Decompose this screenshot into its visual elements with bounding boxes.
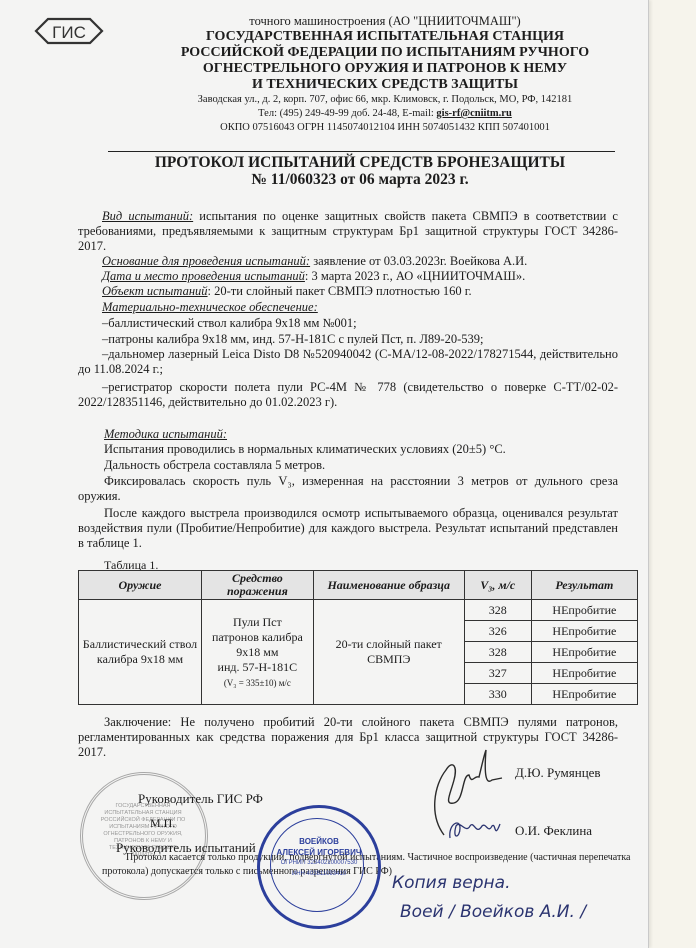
value: заявление от 03.03.2023г. Воейкова А.И. [310,254,527,268]
equipment-item: –дальномер лазерный Leica Disto D8 №5209… [78,347,618,377]
ammo-line: 9х18 мм [204,645,311,660]
weapon-cell: Баллистический ствол калибра 9х18 мм [79,600,202,705]
address: Заводская ул., д. 2, корп. 707, офис 66,… [150,93,620,107]
method-line: После каждого выстрела производился осмо… [78,506,618,551]
parent-org: точного машиностроения (АО "ЦНИИТОЧМАШ") [150,14,620,29]
org-name-line: ГОСУДАРСТВЕННАЯ ИСПЫТАТЕЛЬНАЯ СТАНЦИЯ [150,29,620,45]
seal-line: ИСПЫТАТЕЛЬНАЯ СТАНЦИЯ [93,810,193,817]
equipment-item: –регистратор скорости полета пули РС-4М … [78,380,618,410]
table-row: Баллистический ствол калибра 9х18 мм Пул… [79,600,638,621]
result-cell: НЕпробитие [531,684,637,705]
signature-feklina-icon [446,816,506,844]
col-velocity: V₃, м/с [464,571,531,600]
document-page: ГИС точного машиностроения (АО "ЦНИИТОЧМ… [0,0,649,948]
equipment-item: –патроны калибра 9х18 мм, инд. 57-Н-181С… [102,332,483,347]
entrepreneur-seal-stamp: ВОЕЙКОВ АЛЕКСЕЙ ИГОРЕВИЧ ОГРНИП 32340210… [257,805,381,929]
organization-header: точного машиностроения (АО "ЦНИИТОЧМАШ")… [150,14,620,135]
label: Методика испытаний: [104,427,227,441]
velocity-cell: 328 [464,642,531,663]
velocity-cell: 328 [464,600,531,621]
velocity-cell: 326 [464,621,531,642]
handwritten-certified-copy: Копия верна. [392,873,510,893]
registry-codes: ОКПО 07516043 ОГРН 1145074012104 ИНН 507… [150,121,620,135]
result-cell: НЕпробитие [531,600,637,621]
svg-text:ГИС: ГИС [52,23,86,42]
date-place: Дата и место проведения испытаний: 3 мар… [102,269,525,284]
seal-ogrnip: ОГРНИП 323402100007530 [270,858,368,869]
seal-line: ОГНЕСТРЕЛЬНОГО ОРУЖИЯ, [93,831,193,838]
footer-note-line: Протокол касается только продукции, подв… [126,851,646,865]
test-type: Вид испытаний: испытания по оценке защит… [78,209,618,254]
seal-inn: ИНН 402811093410 [270,869,368,880]
results-table: Оружие Средство поражения Наименование о… [78,570,638,705]
seal-line: ИСПЫТАНИЯМ РУЧНОГО [93,824,193,831]
label: Вид испытаний: [102,209,193,223]
col-ammo: Средство поражения [201,571,313,600]
velocity-cell: 330 [464,684,531,705]
footer-note: Протокол касается только продукции, подв… [126,851,646,879]
velocity-cell: 327 [464,663,531,684]
email-link[interactable]: gis-rf@cniitm.ru [436,108,511,119]
handwritten-signature: Воей / Воейков А.И. / [400,902,586,922]
ammo-line: инд. 57-Н-181С [204,660,311,675]
result-cell: НЕпробитие [531,621,637,642]
org-name-line: РОССИЙСКОЙ ФЕДЕРАЦИИ ПО ИСПЫТАНИЯМ РУЧНО… [150,45,620,61]
head-name: Д.Ю. Румянцев [515,765,601,780]
method-line: Дальность обстрела составляла 5 метров. [104,458,325,473]
method-line: Фиксировалась скорость пуль V₃, измеренн… [78,474,618,504]
protocol-title: ПРОТОКОЛ ИСПЫТАНИЙ СРЕДСТВ БРОНЕЗАЩИТЫ №… [100,154,620,188]
seal-text: ВОЕЙКОВ АЛЕКСЕЙ ИГОРЕВИЧ ОГРНИП 32340210… [270,836,368,880]
phone: Тел: (495) 249-49-99 доб. 24-48, E-mail: [258,108,436,119]
method-heading: Методика испытаний: [104,427,227,442]
tester-name: О.И. Феклина [515,823,592,838]
gis-logo-icon: ГИС [34,16,104,46]
org-name-line: ОГНЕСТРЕЛЬНОГО ОРУЖИЯ И ПАТРОНОВ К НЕМУ [150,61,620,77]
col-weapon: Оружие [79,571,202,600]
protocol-number: № 11/060323 от 06 марта 2023 г. [100,171,620,188]
value: : 3 марта 2023 г., АО «ЦНИИТОЧМАШ». [305,269,525,283]
test-object: Объект испытаний: 20-ти слойный пакет СВ… [102,284,472,299]
equipment-item: –баллистический ствол калибра 9х18 мм №0… [102,316,357,331]
label: Объект испытаний [102,284,208,298]
title-line: ПРОТОКОЛ ИСПЫТАНИЙ СРЕДСТВ БРОНЕЗАЩИТЫ [100,154,620,171]
seal-surname: ВОЕЙКОВ [270,836,368,847]
table-header-row: Оружие Средство поражения Наименование о… [79,571,638,600]
seal-line: РОССИЙСКОЙ ФЕДЕРАЦИИ ПО [93,817,193,824]
equipment-heading: Материально-техническое обеспечение: [102,300,318,315]
label: Материально-техническое обеспечение: [102,300,318,314]
label: Основание для проведения испытаний: [102,254,310,268]
ammo-line: Пули Пст [204,615,311,630]
result-cell: НЕпробитие [531,642,637,663]
col-sample: Наименование образца [313,571,464,600]
ammo-speed: (V₃ = 335±10) м/с [224,678,291,688]
org-name-line: И ТЕХНИЧЕСКИХ СРЕДСТВ ЗАЩИТЫ [150,77,620,93]
seal-mark: М.П. [150,816,175,831]
contacts: Тел: (495) 249-49-99 доб. 24-48, E-mail:… [150,107,620,121]
result-cell: НЕпробитие [531,663,637,684]
header-divider [108,151,615,152]
value: : 20-ти слойный пакет СВМПЭ плотностью 1… [208,284,472,298]
head-label: Руководитель ГИС РФ [138,791,263,806]
method-line: Испытания проводились в нормальных клима… [104,442,506,457]
label: Дата и место проведения испытаний [102,269,305,283]
ammo-cell: Пули Пст патронов калибра 9х18 мм инд. 5… [201,600,313,705]
seal-given-name: АЛЕКСЕЙ ИГОРЕВИЧ [270,847,368,858]
sample-cell: 20-ти слойный пакет СВМПЭ [313,600,464,705]
col-result: Результат [531,571,637,600]
conclusion: Заключение: Не получено пробитий 20-ти с… [78,715,618,760]
ammo-line: патронов калибра [204,630,311,645]
basis: Основание для проведения испытаний: заяв… [102,254,527,269]
